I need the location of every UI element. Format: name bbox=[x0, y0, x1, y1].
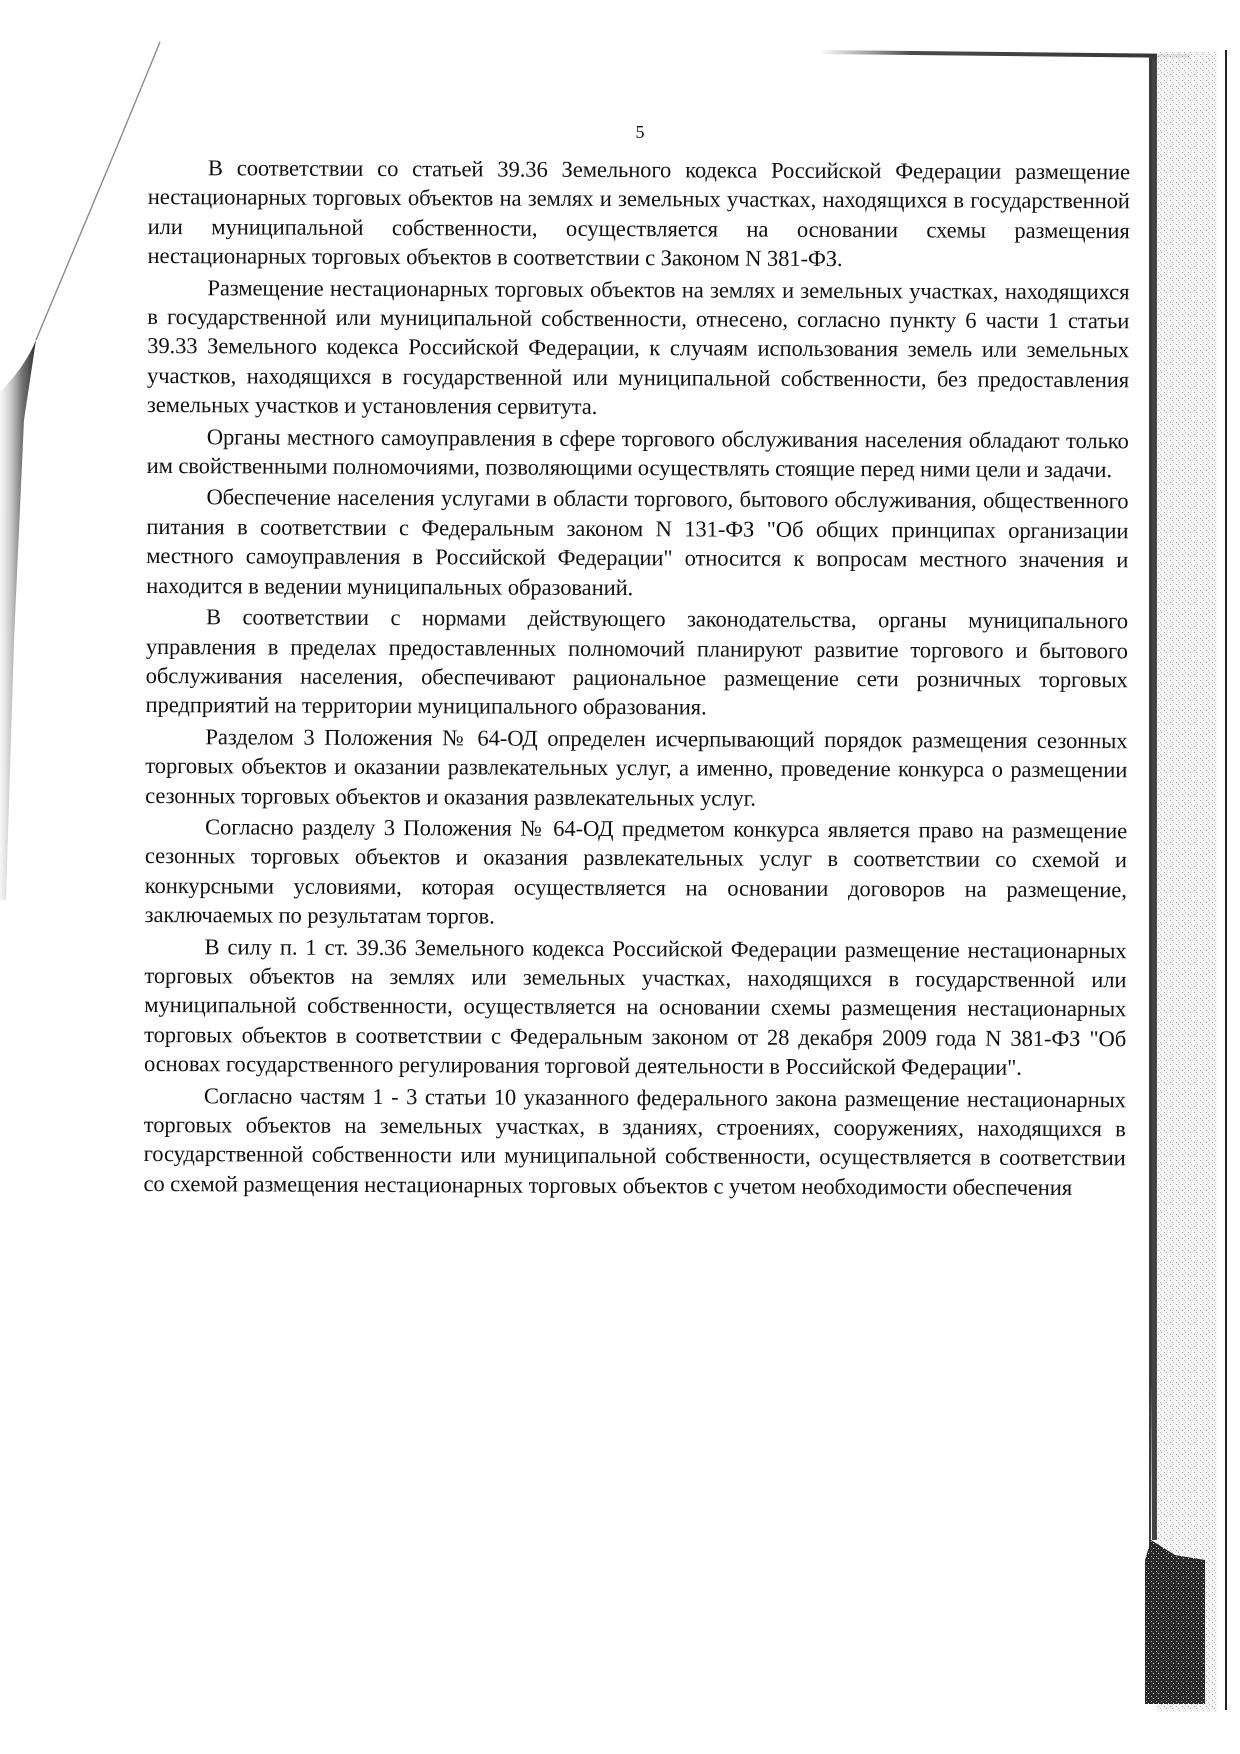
paragraph: Обеспечение населения услугами в области… bbox=[146, 482, 1129, 604]
document-body: В соответствии со статьей 39.36 Земельно… bbox=[143, 153, 1130, 1202]
paragraph: Разделом 3 Положения № 64-ОД определен и… bbox=[145, 722, 1127, 815]
paragraph: В соответствии со статьей 39.36 Земельно… bbox=[147, 153, 1130, 275]
paragraph: В соответствии с нормами действующего за… bbox=[146, 602, 1129, 724]
page-number: 5 bbox=[636, 122, 645, 143]
scan-top-edge-line bbox=[820, 50, 1190, 58]
paragraph: Органы местного самоуправления в сфере т… bbox=[147, 422, 1129, 485]
paragraph: Размещение нестационарных торговых объек… bbox=[147, 273, 1130, 424]
paragraph: Согласно разделу 3 Положения № 64-ОД пре… bbox=[145, 812, 1128, 934]
paragraph: В силу п. 1 ст. 39.36 Земельного кодекса… bbox=[144, 932, 1127, 1083]
paragraph: Согласно частям 1 - 3 статьи 10 указанно… bbox=[143, 1081, 1126, 1203]
scan-edge-right-shadow bbox=[1145, 0, 1240, 1754]
